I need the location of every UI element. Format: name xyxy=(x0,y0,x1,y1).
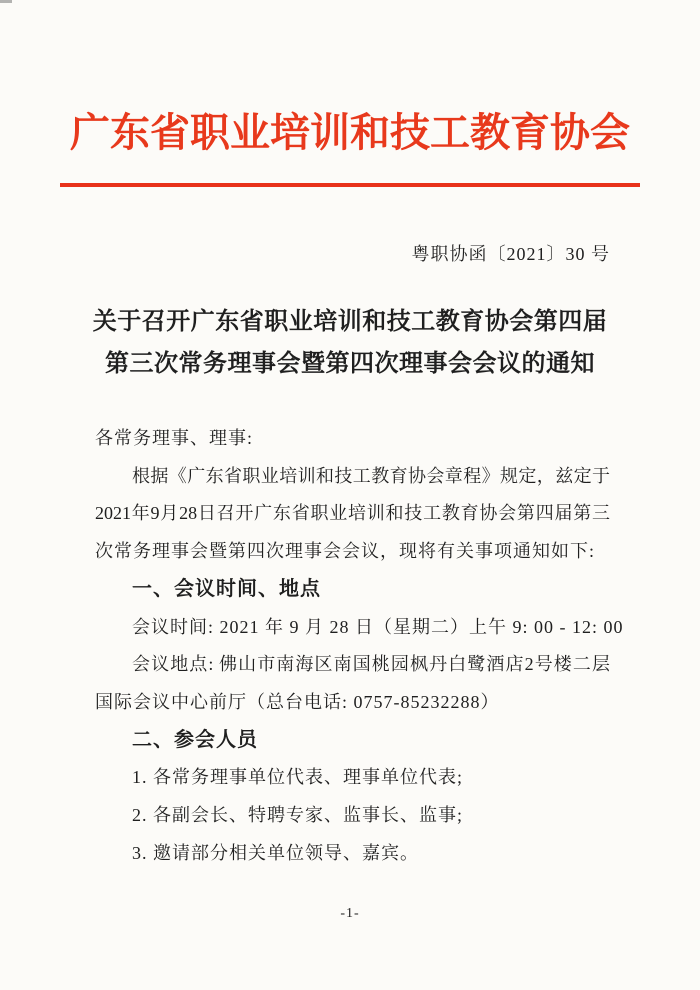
document-reference-number: 粤职协函〔2021〕30 号 xyxy=(95,240,610,266)
scan-artifact xyxy=(0,0,12,3)
document-title-line-1: 关于召开广东省职业培训和技工教育协会第四届 xyxy=(0,301,700,343)
page-number: -1- xyxy=(0,906,700,922)
document-body: 各常务理事、理事: 根据《广东省职业培训和技工教育协会章程》规定，兹定于 202… xyxy=(95,420,610,872)
intro-paragraph-line-2: 2021年9月28日召开广东省职业培训和技工教育协会第四届第三 xyxy=(95,495,610,533)
meeting-venue-line-1: 会议地点: 佛山市南海区南国桃园枫丹白鹭酒店2号楼二层 xyxy=(95,646,610,684)
org-letterhead-title: 广东省职业培训和技工教育协会 xyxy=(0,101,700,158)
attendee-item-2: 2. 各副会长、特聘专家、监事长、监事; xyxy=(95,797,610,835)
attendee-item-3: 3. 邀请部分相关单位领导、嘉宾。 xyxy=(95,835,610,873)
salutation: 各常务理事、理事: xyxy=(95,420,610,458)
intro-paragraph-line-1: 根据《广东省职业培训和技工教育协会章程》规定，兹定于 xyxy=(95,458,610,496)
scanned-document-page: 广东省职业培训和技工教育协会 粤职协函〔2021〕30 号 关于召开广东省职业培… xyxy=(0,0,700,990)
section-1-heading: 一、会议时间、地点 xyxy=(95,571,610,609)
document-title-line-2: 第三次常务理事会暨第四次理事会会议的通知 xyxy=(0,343,700,385)
meeting-venue-line-2: 国际会议中心前厅（总台电话: 0757-85232288） xyxy=(95,684,610,722)
letterhead-divider-rule xyxy=(60,183,640,187)
section-2-heading: 二、参会人员 xyxy=(95,722,610,760)
attendee-item-1: 1. 各常务理事单位代表、理事单位代表; xyxy=(95,759,610,797)
intro-paragraph-line-3: 次常务理事会暨第四次理事会会议，现将有关事项通知如下: xyxy=(95,533,610,571)
meeting-time-line: 会议时间: 2021 年 9 月 28 日（星期二）上午 9: 00 - 12:… xyxy=(95,609,610,647)
document-title: 关于召开广东省职业培训和技工教育协会第四届 第三次常务理事会暨第四次理事会会议的… xyxy=(0,301,700,385)
